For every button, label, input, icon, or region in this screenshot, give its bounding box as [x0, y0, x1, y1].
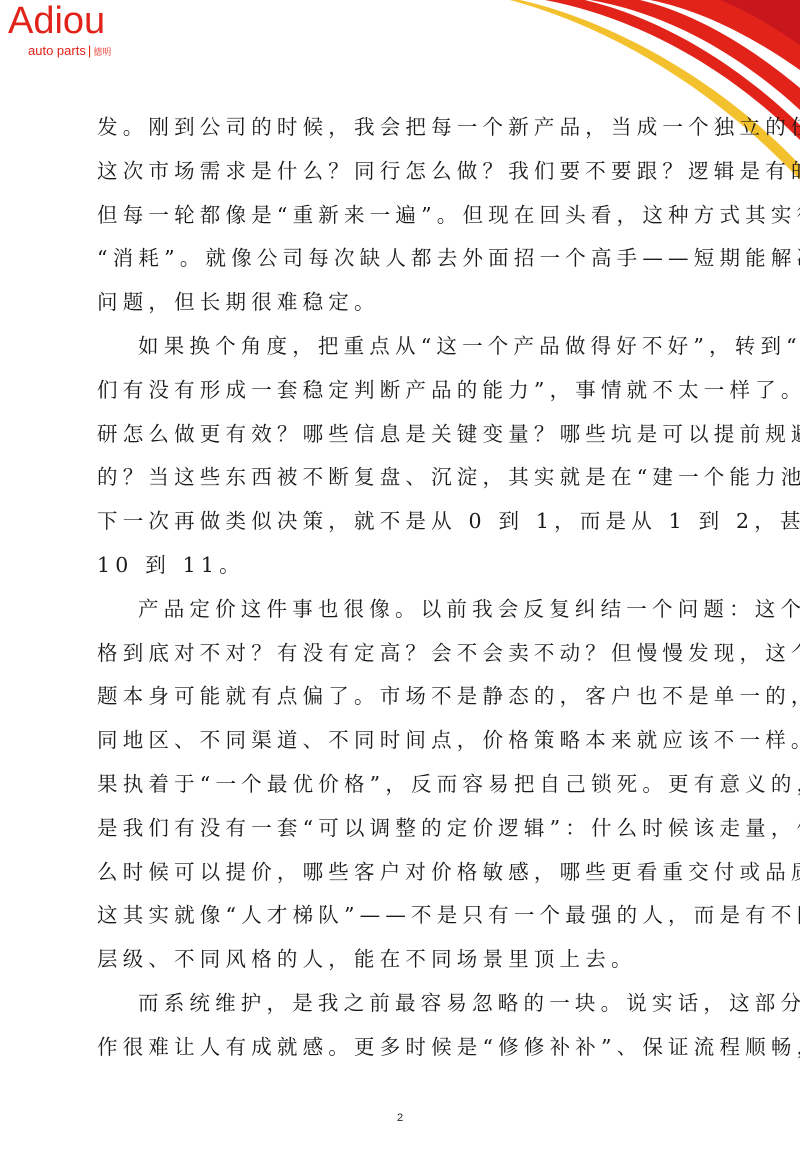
text-line: 层级、不同风格的人，能在不同场景里顶上去。 [97, 938, 709, 982]
text-line: 作很难让人有成就感。更多时候是“修修补补”、保证流程顺畅， [97, 1026, 709, 1070]
text-line: 这次市场需求是什么？同行怎么做？我们要不要跟？逻辑是有的， [97, 150, 709, 194]
text-line: 下一次再做类似决策，就不是从 0 到 1，而是从 1 到 2，甚至是从 [97, 500, 709, 544]
text-line: 们有没有形成一套稳定判断产品的能力”，事情就不太一样了。调 [97, 369, 709, 413]
text-line: 格到底对不对？有没有定高？会不会卖不动？但慢慢发现，这个问 [97, 632, 709, 676]
text-line: 这其实就像“人才梯队”——不是只有一个最强的人，而是有不同 [97, 894, 709, 938]
text-line: “消耗”。就像公司每次缺人都去外面招一个高手——短期能解决 [97, 237, 709, 281]
logo-tagline: auto parts|德明 [28, 44, 111, 57]
text-line: 果执着于“一个最优价格”，反而容易把自己锁死。更有意义的， [97, 763, 709, 807]
text-line: 但每一轮都像是“重新来一遍”。但现在回头看，这种方式其实很 [97, 194, 709, 238]
logo-wordmark: Adiou [8, 2, 105, 40]
paragraph-start-line: 如果换个角度，把重点从“这一个产品做得好不好”，转到“我 [97, 325, 709, 369]
text-line: 题本身可能就有点偏了。市场不是静态的，客户也不是单一的，不 [97, 675, 709, 719]
text-line: 研怎么做更有效？哪些信息是关键变量？哪些坑是可以提前规避 [97, 413, 709, 457]
page-number: 2 [0, 1112, 800, 1124]
paragraph-start-line: 产品定价这件事也很像。以前我会反复纠结一个问题：这个价 [97, 588, 709, 632]
company-logo: Adiou auto parts|德明 [8, 8, 148, 58]
text-line: 发。刚到公司的时候，我会把每一个新产品，当成一个独立的任务： [97, 106, 709, 150]
text-line: 问题，但长期很难稳定。 [97, 281, 709, 325]
document-body: 发。刚到公司的时候，我会把每一个新产品，当成一个独立的任务： 这次市场需求是什么… [97, 106, 709, 1070]
text-line: 么时候可以提价，哪些客户对价格敏感，哪些更看重交付或品质。 [97, 851, 709, 895]
logo-chinese-name: 德明 [93, 47, 111, 57]
logo-separator: | [88, 43, 91, 58]
logo-tagline-text: auto parts [28, 43, 86, 58]
text-line: 是我们有没有一套“可以调整的定价逻辑”：什么时候该走量，什 [97, 807, 709, 851]
text-line: 同地区、不同渠道、不同时间点，价格策略本来就应该不一样。如 [97, 719, 709, 763]
paragraph-start-line: 而系统维护，是我之前最容易忽略的一块。说实话，这部分工 [97, 982, 709, 1026]
text-line: 10 到 11。 [97, 544, 709, 588]
text-line: 的？当这些东西被不断复盘、沉淀，其实就是在“建一个能力池”。 [97, 456, 709, 500]
